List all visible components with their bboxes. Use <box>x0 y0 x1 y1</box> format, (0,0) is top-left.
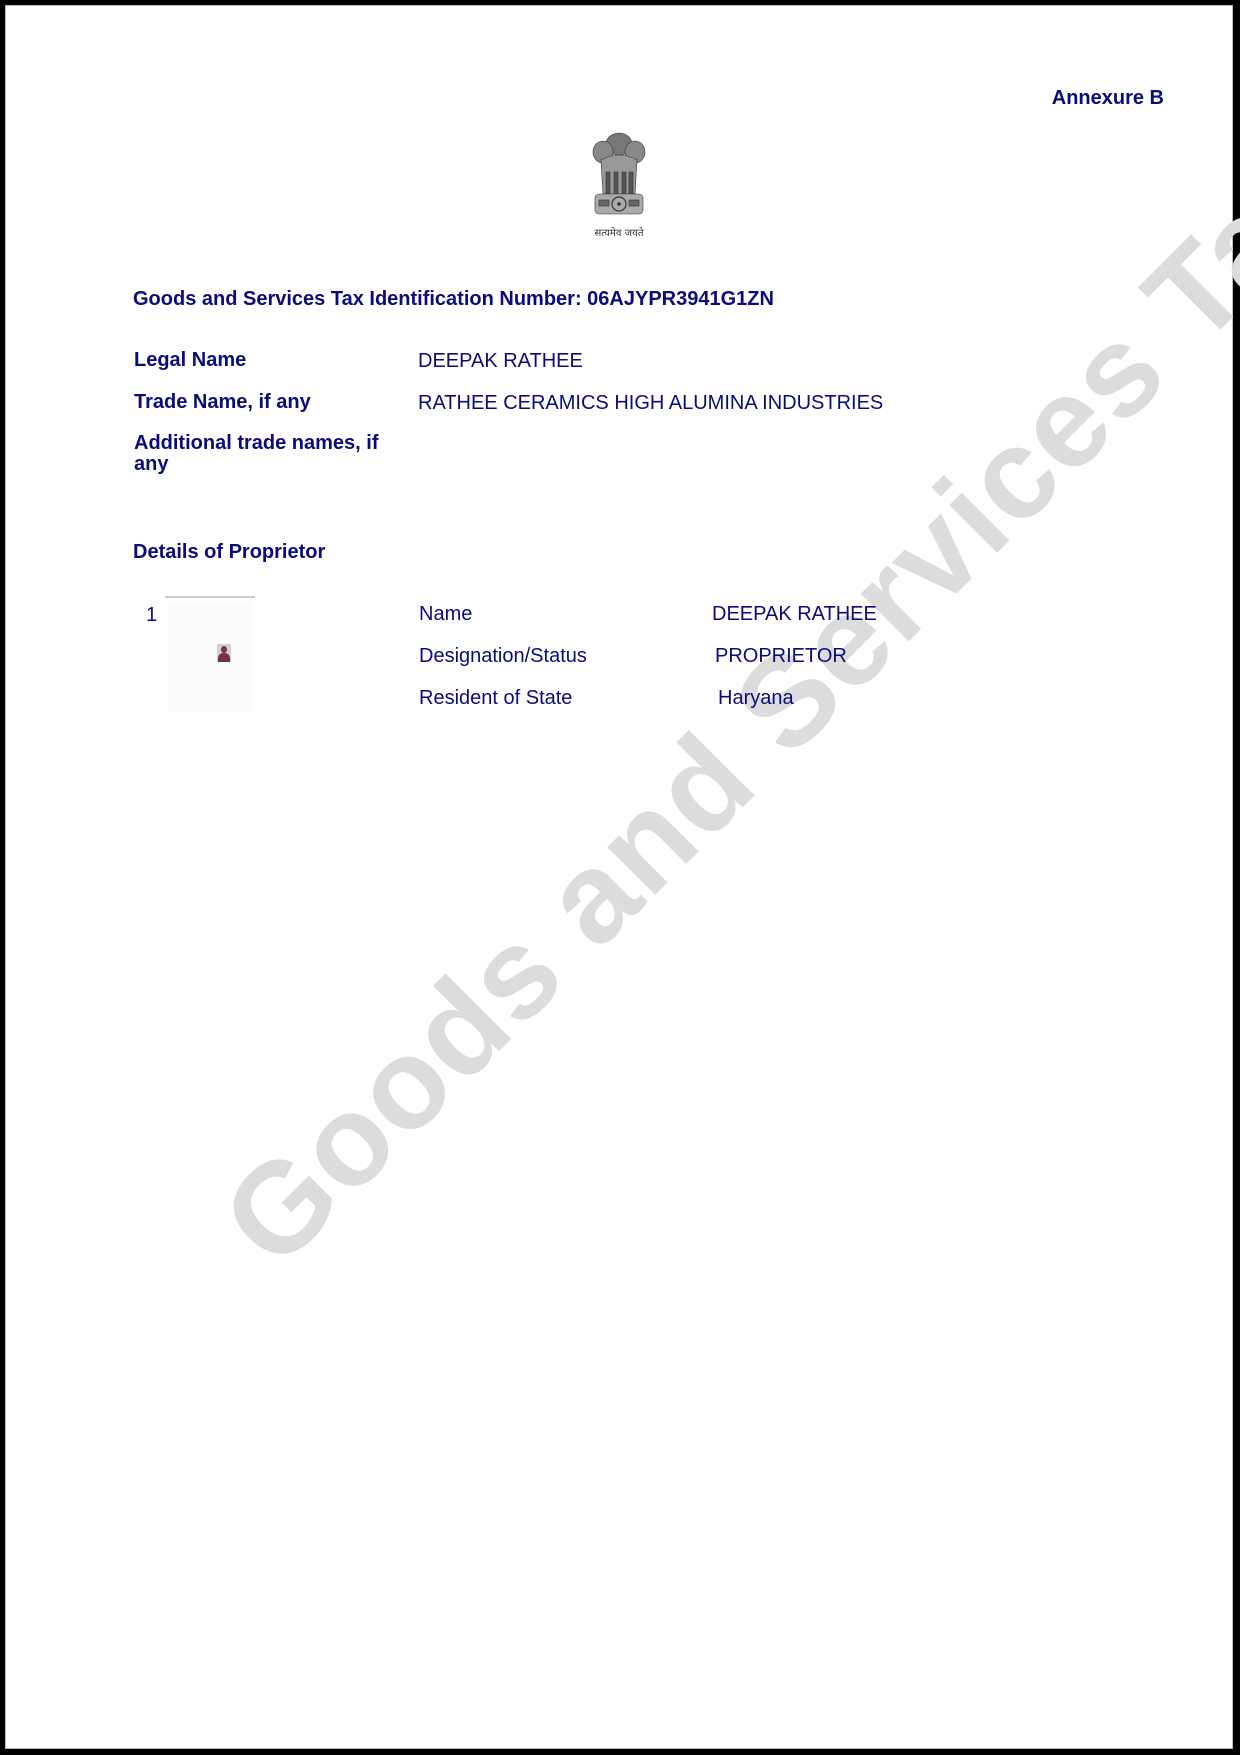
proprietor-index: 1 <box>146 604 157 627</box>
annexure-label: Annexure B <box>1052 87 1164 110</box>
designation-value: PROPRIETOR <box>715 645 847 668</box>
legal-name-label: Legal Name <box>134 350 404 371</box>
designation-label: Designation/Status <box>419 645 587 668</box>
legal-name-value: DEEPAK RATHEE <box>418 350 583 373</box>
trade-name-value: RATHEE CERAMICS HIGH ALUMINA INDUSTRIES <box>418 392 883 415</box>
proprietor-name-label: Name <box>419 603 472 626</box>
national-emblem-icon: सत्यमेव जयते <box>583 122 655 240</box>
photo-divider <box>165 596 255 598</box>
proprietor-name-value: DEEPAK RATHEE <box>712 603 877 626</box>
page-inner-border <box>5 5 1233 1749</box>
gstin-heading: Goods and Services Tax Identification Nu… <box>133 288 774 311</box>
proprietor-section-title: Details of Proprietor <box>133 541 325 564</box>
trade-name-label: Trade Name, if any <box>134 392 404 413</box>
proprietor-photo <box>217 644 231 662</box>
additional-trade-names-label: Additional trade names, if any <box>134 433 404 475</box>
emblem-motto: सत्यमेव जयते <box>579 225 659 239</box>
proprietor-photo-frame <box>165 596 255 714</box>
resident-state-value: Haryana <box>718 687 794 710</box>
resident-state-label: Resident of State <box>419 687 572 710</box>
photo-background <box>167 602 253 712</box>
